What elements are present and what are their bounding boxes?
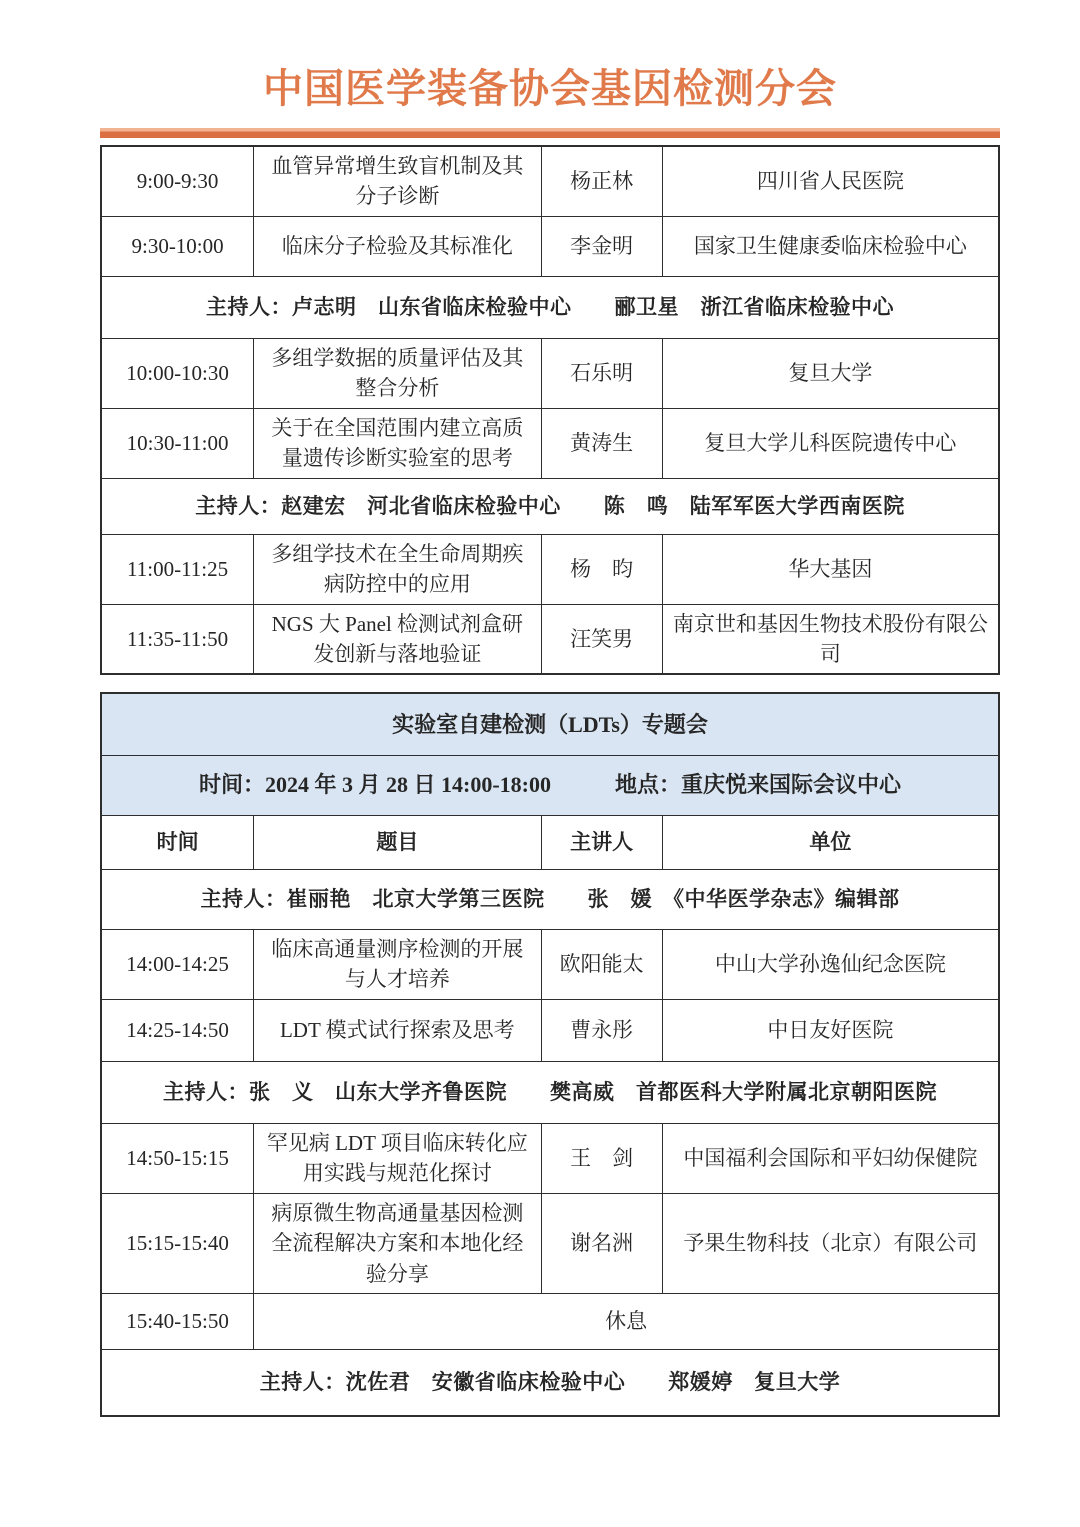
ldt-session-table: 实验室自建检测（LDTs）专题会 时间：2024 年 3 月 28 日 14:0…: [100, 692, 1000, 1416]
table-row: 15:15-15:40 病原微生物高通量基因检测全流程解决方案和本地化经验分享 …: [101, 1193, 999, 1293]
break-label-cell: 休息: [254, 1294, 999, 1350]
document-page: 中国医学装备协会基因检测分会 9:00-9:30 血管异常增生致盲机制及其分子诊…: [0, 0, 1080, 1527]
session-location-info: 地点：重庆悦来国际会议中心: [615, 769, 901, 801]
table-row: 9:30-10:00 临床分子检验及其标准化 李金明 国家卫生健康委临床检验中心: [101, 216, 999, 276]
speaker-cell: 石乐明: [541, 338, 662, 408]
time-cell: 14:50-15:15: [101, 1123, 254, 1193]
title-cell: LDT 模式试行探索及思考: [254, 999, 541, 1061]
speaker-cell: 汪笑男: [541, 604, 662, 674]
title-underline: [100, 128, 1000, 138]
moderator-cell: 主持人：赵建宏 河北省临床检验中心 陈 鸣 陆军军医大学西南医院: [101, 478, 999, 534]
org-cell: 华大基因: [662, 534, 999, 604]
org-cell: 四川省人民医院: [662, 146, 999, 216]
time-cell: 14:25-14:50: [101, 999, 254, 1061]
speaker-cell: 黄涛生: [541, 408, 662, 478]
title-cell: 病原微生物高通量基因检测全流程解决方案和本地化经验分享: [254, 1193, 541, 1293]
speaker-cell: 曹永彤: [541, 999, 662, 1061]
moderator-row: 主持人：沈佐君 安徽省临床检验中心 郑媛婷 复旦大学: [101, 1350, 999, 1416]
page-title: 中国医学装备协会基因检测分会: [100, 66, 1000, 112]
moderator-cell: 主持人：沈佐君 安徽省临床检验中心 郑媛婷 复旦大学: [101, 1350, 999, 1416]
moderator-row: 主持人：赵建宏 河北省临床检验中心 陈 鸣 陆军军医大学西南医院: [101, 478, 999, 534]
org-cell: 中国福利会国际和平妇幼保健院: [662, 1123, 999, 1193]
column-header-time: 时间: [101, 815, 254, 869]
org-cell: 中山大学孙逸仙纪念医院: [662, 929, 999, 999]
moderator-row: 主持人：崔丽艳 北京大学第三医院 张 媛 《中华医学杂志》编辑部: [101, 869, 999, 929]
moderator-row: 主持人：张 义 山东大学齐鲁医院 樊高威 首都医科大学附属北京朝阳医院: [101, 1061, 999, 1123]
moderator-cell: 主持人：张 义 山东大学齐鲁医院 樊高威 首都医科大学附属北京朝阳医院: [101, 1061, 999, 1123]
speaker-cell: 杨 昀: [541, 534, 662, 604]
title-cell: 临床分子检验及其标准化: [254, 216, 541, 276]
time-cell: 11:35-11:50: [101, 604, 254, 674]
table-row: 14:25-14:50 LDT 模式试行探索及思考 曹永彤 中日友好医院: [101, 999, 999, 1061]
table-row: 9:00-9:30 血管异常增生致盲机制及其分子诊断 杨正林 四川省人民医院: [101, 146, 999, 216]
table-row: 14:50-15:15 罕见病 LDT 项目临床转化应用实践与规范化探讨 王 剑…: [101, 1123, 999, 1193]
org-cell: 南京世和基因生物技术股份有限公司: [662, 604, 999, 674]
table-row: 11:35-11:50 NGS 大 Panel 检测试剂盒研发创新与落地验证 汪…: [101, 604, 999, 674]
time-cell: 10:00-10:30: [101, 338, 254, 408]
org-cell: 复旦大学: [662, 338, 999, 408]
speaker-cell: 李金明: [541, 216, 662, 276]
org-cell: 中日友好医院: [662, 999, 999, 1061]
table-row: 14:00-14:25 临床高通量测序检测的开展与人才培养 欧阳能太 中山大学孙…: [101, 929, 999, 999]
session-header-row: 实验室自建检测（LDTs）专题会: [101, 693, 999, 755]
moderator-row: 主持人：卢志明 山东省临床检验中心 郦卫星 浙江省临床检验中心: [101, 276, 999, 338]
time-cell: 14:00-14:25: [101, 929, 254, 999]
speaker-cell: 欧阳能太: [541, 929, 662, 999]
speaker-cell: 谢名洲: [541, 1193, 662, 1293]
time-cell: 11:00-11:25: [101, 534, 254, 604]
break-row: 15:40-15:50 休息: [101, 1294, 999, 1350]
moderator-cell: 主持人：卢志明 山东省临床检验中心 郦卫星 浙江省临床检验中心: [101, 276, 999, 338]
time-cell: 9:30-10:00: [101, 216, 254, 276]
session-time-info: 时间：2024 年 3 月 28 日 14:00-18:00: [199, 769, 551, 801]
table-row: 10:00-10:30 多组学数据的质量评估及其整合分析 石乐明 复旦大学: [101, 338, 999, 408]
title-cell: 血管异常增生致盲机制及其分子诊断: [254, 146, 541, 216]
session-info-cell: 时间：2024 年 3 月 28 日 14:00-18:00 地点：重庆悦来国际…: [101, 755, 999, 815]
speaker-cell: 杨正林: [541, 146, 662, 216]
column-header-speaker: 主讲人: [541, 815, 662, 869]
title-cell: 临床高通量测序检测的开展与人才培养: [254, 929, 541, 999]
title-cell: 罕见病 LDT 项目临床转化应用实践与规范化探讨: [254, 1123, 541, 1193]
table-row: 10:30-11:00 关于在全国范围内建立高质量遗传诊断实验室的思考 黄涛生 …: [101, 408, 999, 478]
morning-session-table: 9:00-9:30 血管异常增生致盲机制及其分子诊断 杨正林 四川省人民医院 9…: [100, 145, 1000, 675]
document-content: 中国医学装备协会基因检测分会 9:00-9:30 血管异常增生致盲机制及其分子诊…: [100, 0, 1000, 1417]
title-cell: 多组学数据的质量评估及其整合分析: [254, 338, 541, 408]
time-cell: 10:30-11:00: [101, 408, 254, 478]
time-cell: 15:15-15:40: [101, 1193, 254, 1293]
title-cell: NGS 大 Panel 检测试剂盒研发创新与落地验证: [254, 604, 541, 674]
column-header-topic: 题目: [254, 815, 541, 869]
session-info-row: 时间：2024 年 3 月 28 日 14:00-18:00 地点：重庆悦来国际…: [101, 755, 999, 815]
org-cell: 予果生物科技（北京）有限公司: [662, 1193, 999, 1293]
speaker-cell: 王 剑: [541, 1123, 662, 1193]
column-header-org: 单位: [662, 815, 999, 869]
org-cell: 复旦大学儿科医院遗传中心: [662, 408, 999, 478]
time-cell: 9:00-9:30: [101, 146, 254, 216]
column-header-row: 时间 题目 主讲人 单位: [101, 815, 999, 869]
title-cell: 关于在全国范围内建立高质量遗传诊断实验室的思考: [254, 408, 541, 478]
title-cell: 多组学技术在全生命周期疾病防控中的应用: [254, 534, 541, 604]
moderator-cell: 主持人：崔丽艳 北京大学第三医院 张 媛 《中华医学杂志》编辑部: [101, 869, 999, 929]
table-row: 11:00-11:25 多组学技术在全生命周期疾病防控中的应用 杨 昀 华大基因: [101, 534, 999, 604]
time-cell: 15:40-15:50: [101, 1294, 254, 1350]
org-cell: 国家卫生健康委临床检验中心: [662, 216, 999, 276]
session-title: 实验室自建检测（LDTs）专题会: [101, 693, 999, 755]
